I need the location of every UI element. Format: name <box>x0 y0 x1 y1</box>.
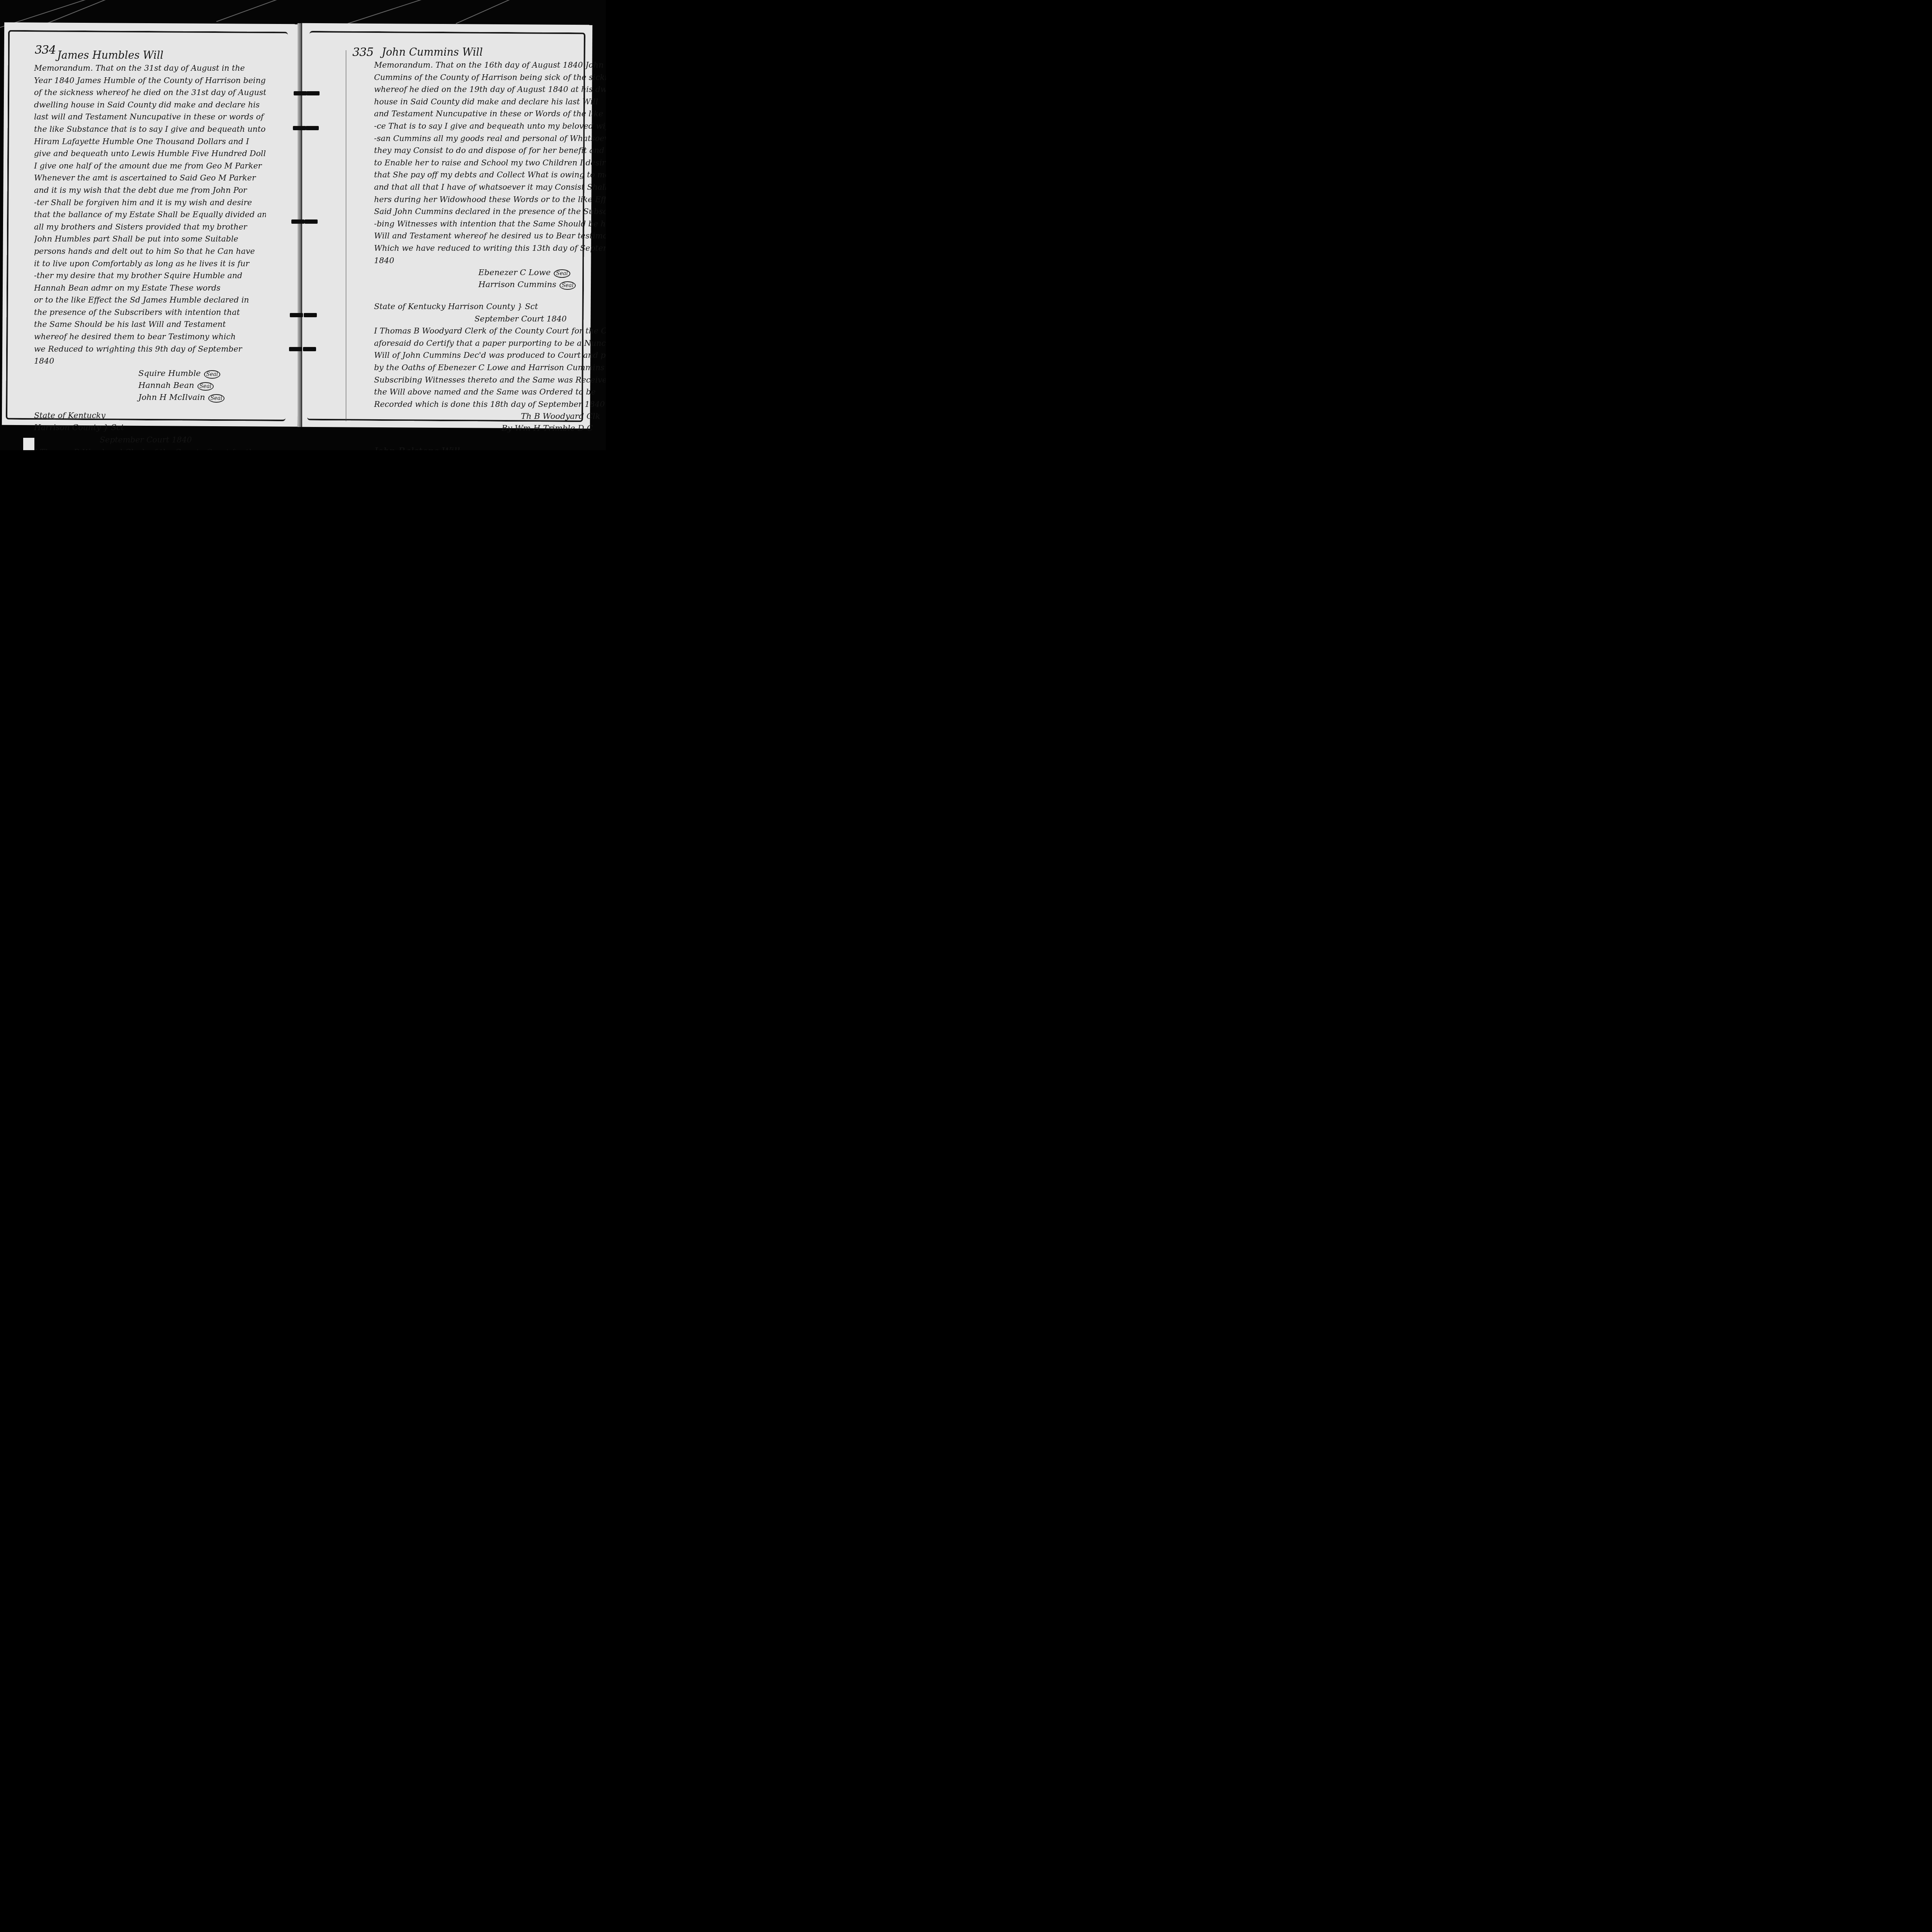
humble-witness-signatures: Squire HumbleSealHannah BeanSealJohn H M… <box>138 367 266 403</box>
witness-name: Harrison Cummins <box>478 280 556 289</box>
handwritten-line: I give one half of the amount due me fro… <box>34 160 266 172</box>
handwritten-line: and it is my wish that the debt due me f… <box>34 184 266 197</box>
binding-hole <box>293 126 306 130</box>
witness-name: Hannah Bean <box>138 381 194 390</box>
handwritten-line: last will and Testament Nuncupative in t… <box>34 111 266 123</box>
witness-signature: Harrison CumminsSeal <box>478 279 606 291</box>
handwritten-line: whereof he desired them to bear Testimon… <box>34 331 266 343</box>
handwritten-line: all my brothers and Sisters provided tha… <box>34 221 266 233</box>
clerk-signature: Th B Woodyard Clk <box>521 410 606 422</box>
handwritten-line: house in Said County did make and declar… <box>374 96 606 108</box>
binding-hole <box>303 347 316 351</box>
film-scratch <box>456 0 605 24</box>
film-scratch <box>348 0 605 24</box>
seal-mark-icon: Seal <box>204 370 221 379</box>
humble-certificate-body: I Thomas B Woodyard Clerk of the County … <box>34 446 266 450</box>
page-number-right: 335 <box>352 46 373 59</box>
seal-mark-icon: Seal <box>208 394 225 403</box>
handwritten-line: that the ballance of my Estate Shall be … <box>34 209 266 221</box>
handwritten-line: they may Consist to do and dispose of fo… <box>374 145 606 157</box>
handwritten-line: and Testament Nuncupative in these or Wo… <box>374 108 606 120</box>
handwritten-line: Will and Testament whereof he desired us… <box>374 230 606 242</box>
certificate-line: I Thomas B Woodyard Clerk of the County … <box>34 446 266 450</box>
handwritten-line: of the sickness whereof he died on the 3… <box>34 87 266 99</box>
binding-hole <box>304 313 317 317</box>
deputy-clerk-signature: By Wm H Trimble D C <box>502 422 606 434</box>
witness-name: Squire Humble <box>138 369 201 378</box>
cummins-will-body: Memorandum. That on the 16th day of Augu… <box>374 59 606 267</box>
witness-name: John H McIlvain <box>138 393 205 402</box>
handwritten-line: whereof he died on the 19th day of Augus… <box>374 83 606 96</box>
binding-hole <box>289 347 302 351</box>
right-page-content: John Cummins Will Memorandum. That on th… <box>374 46 606 450</box>
handwritten-line: and that all that I have of whatsoever i… <box>374 181 606 194</box>
handwritten-line: 1840 <box>374 255 606 267</box>
will-title-humble: James Humbles Will <box>57 49 266 61</box>
handwritten-line: Whenever the amt is ascertained to Said … <box>34 172 266 184</box>
handwritten-line: -san Cummins all my goods real and perso… <box>374 133 606 145</box>
cert-court-session: September Court 1840 <box>34 434 266 446</box>
handwritten-line: give and bequeath unto Lewis Humble Five… <box>34 148 266 160</box>
witness-signature: Squire HumbleSeal <box>138 367 266 379</box>
certificate-line: Will of John Cummins Dec'd was produced … <box>374 349 606 362</box>
microfilm-scan: 334 James Humbles Will Memorandum. That … <box>0 0 606 450</box>
film-scratch <box>216 0 434 22</box>
handwritten-line: -ce That is to say I give and bequeath u… <box>374 120 606 133</box>
handwritten-line: to Enable her to raise and School my two… <box>374 157 606 169</box>
handwritten-line: Memorandum. That on the 31st day of Augu… <box>34 62 266 75</box>
film-index-card <box>23 438 34 450</box>
book-gutter <box>298 23 302 427</box>
certificate-line: Subscribing Witnesses thereto and the Sa… <box>374 374 606 386</box>
handwritten-line: Year 1840 James Humble of the County of … <box>34 75 266 87</box>
handwritten-line: the presence of the Subscribers with int… <box>34 306 266 319</box>
witness-signature: Hannah BeanSeal <box>138 379 266 391</box>
handwritten-line: or to the like Effect the Sd James Humbl… <box>34 294 266 306</box>
handwritten-line: the like Substance that is to say I give… <box>34 123 266 136</box>
binding-hole <box>294 91 307 95</box>
handwritten-line: hers during her Widowhood these Words or… <box>374 194 606 206</box>
witness-signature: Ebenezer C LoweSeal <box>478 267 606 279</box>
handwritten-line: Which we have reduced to writing this 13… <box>374 242 606 255</box>
cert-state-county-heading: State of Kentucky Harrison County } Sct <box>374 301 606 313</box>
certificate-line: aforesaid do Certify that a paper purpor… <box>374 337 606 350</box>
witness-signature: John H McIlvainSeal <box>138 391 266 403</box>
certificate-line: Recorded which is done this 18th day of … <box>374 398 606 411</box>
handwritten-line: 1840 <box>34 355 266 367</box>
handwritten-line: Said John Cummins declared in the presen… <box>374 206 606 218</box>
handwritten-line: -ter Shall be forgiven him and it is my … <box>34 197 266 209</box>
binding-hole <box>291 219 304 224</box>
handwritten-line: Hiram Lafayette Humble One Thousand Doll… <box>34 136 266 148</box>
cummins-witness-signatures: Ebenezer C LoweSealHarrison CumminsSeal <box>478 267 606 291</box>
handwritten-line: -ther my desire that my brother Squire H… <box>34 270 266 282</box>
certificate-line: the Will above named and the Same was Or… <box>374 386 606 398</box>
handwritten-line: -bing Witnesses with intention that the … <box>374 218 606 230</box>
handwritten-line: that She pay off my debts and Collect Wh… <box>374 169 606 181</box>
cert-county-heading: Harrison County } Sct <box>34 422 266 434</box>
seal-mark-icon: Seal <box>554 269 570 278</box>
right-page-margin-rule <box>346 50 346 421</box>
witness-name: Ebenezer C Lowe <box>478 268 551 277</box>
handwritten-line: John Humbles part Shall be put into some… <box>34 233 266 245</box>
humble-will-body: Memorandum. That on the 31st day of Augu… <box>34 62 266 367</box>
binding-hole <box>304 219 318 224</box>
handwritten-line: we Reduced to wrighting this 9th day of … <box>34 343 266 355</box>
handwritten-line: persons hands and delt out to him So tha… <box>34 245 266 258</box>
binding-hole <box>290 313 303 317</box>
handwritten-line: Memorandum. That on the 16th day of Augu… <box>374 59 606 71</box>
seal-mark-icon: Seal <box>197 382 214 391</box>
handwritten-line: dwelling house in Said County did make a… <box>34 99 266 111</box>
binding-hole <box>306 91 320 95</box>
cummins-certificate-body: I Thomas B Woodyard Clerk of the County … <box>374 325 606 410</box>
will-title-ralston: John Ralstons Will <box>374 446 606 450</box>
will-title-cummins: John Cummins Will <box>382 46 606 58</box>
handwritten-line: the Same Should be his last Will and Tes… <box>34 318 266 331</box>
handwritten-line: Cummins of the County of Harrison being … <box>374 71 606 84</box>
binding-hole <box>306 126 319 130</box>
handwritten-line: Hannah Bean admr on my Estate These word… <box>34 282 266 294</box>
cert-court-session: September Court 1840 <box>374 313 606 325</box>
left-page-content: James Humbles Will Memorandum. That on t… <box>34 49 266 450</box>
certificate-line: by the Oaths of Ebenezer C Lowe and Harr… <box>374 362 606 374</box>
handwritten-line: it to live upon Comfortably as long as h… <box>34 258 266 270</box>
certificate-line: I Thomas B Woodyard Clerk of the County … <box>374 325 606 337</box>
seal-mark-icon: Seal <box>560 281 576 290</box>
cert-state-heading: State of Kentucky <box>34 410 266 422</box>
